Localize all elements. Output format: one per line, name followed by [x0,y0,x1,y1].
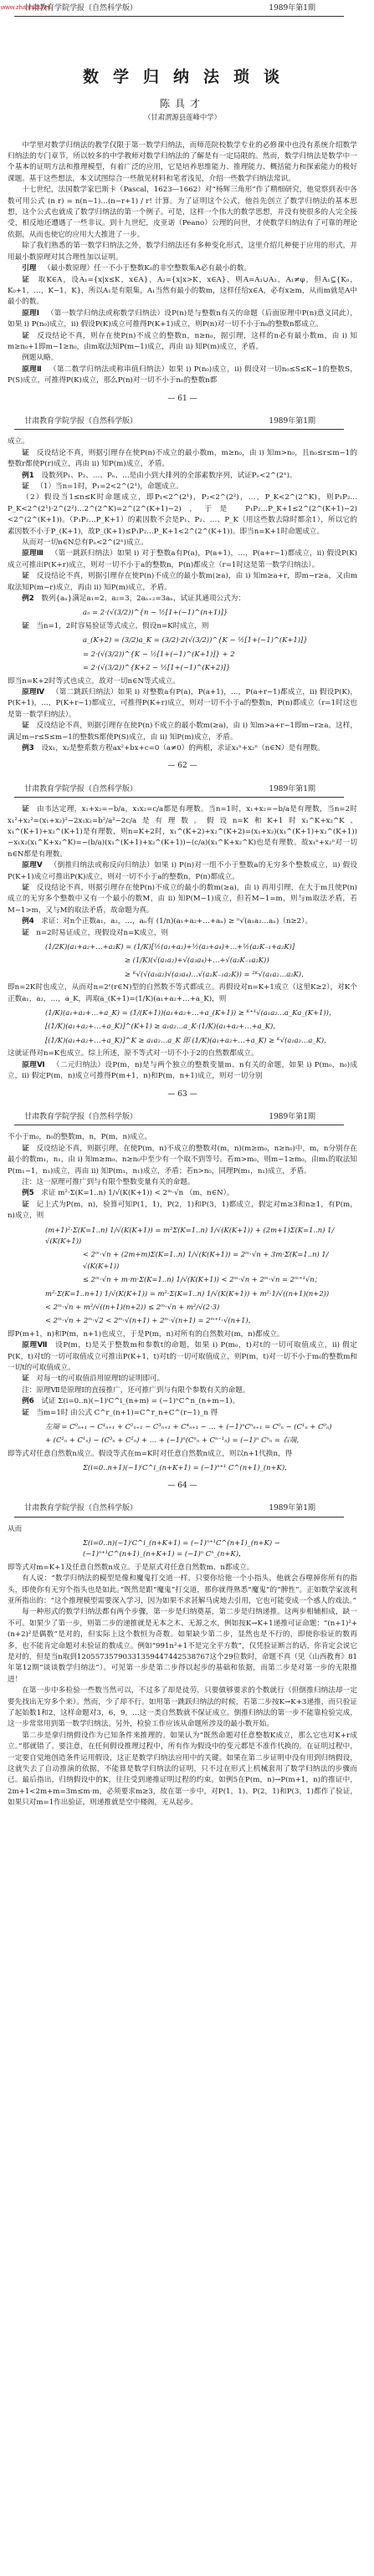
theorem-paragraph: 证 取K∈A，设A₁={x|x≤K，x∈A}，A₂={x|x>K，x∈A}，则A… [8,275,357,309]
paragraph-text: 注：原理Ⅶ是原理Ⅰ的直接推广，还可推广到与有限个参数有关的命题。 [22,1386,249,1395]
paragraph-text: 反设结论不真，则存在使P(n)不成立的整数n，n≥n₀，据引理，这样的n必有最小… [8,332,357,351]
paragraph-text: 不小于m₀，n₀的整数m，n，P(m，n)成立。 [8,1133,151,1141]
math-formula: ≤ 2ᵐ·√n + m·m·Σ(K=1..n) 1/√(K(K+1)) < 2ᵐ… [83,1274,357,1285]
paragraph-text: 对每一t的可取值沿用原理Ⅰ的证明即可。 [36,1375,164,1383]
paragraph-text: （最小数原理）任一不小于整数K₀的非空整数集A必有最小的数。 [44,264,251,273]
paragraph-label: 例6 [22,1397,34,1405]
theorem-paragraph: 例2 数列{aₙ}满足a₁=2，a₂=3，2aₙ₊₂=3aₙ，试证其通项公式为： [8,594,357,604]
paragraph-text: 从而 [8,1525,22,1533]
paragraph-label: 证 [22,482,29,491]
journal-name: 甘肃教育学院学报（自然科学版） [24,1112,137,1123]
journal-issue: 1989年第1期 [269,3,315,14]
body-paragraph: 成立。 [8,436,357,447]
theorem-paragraph: 原理Ⅴ （倒推归纳法或称反向归纳法）如果 i) P(n)对一组不小于整数a的无穷… [8,860,357,883]
paragraph-text: n=2时易证成立，现假设对n=K成立，则 [36,929,168,937]
math-formula: (1/K)(a₁+a₂+…+a_K) = (1/(K+1))(a₁+a₂+…+a… [45,1007,357,1018]
paragraph-label: 证 [22,722,29,730]
paragraph-text: 反设结论不真，则据引理存在使P(n)不成立的最小数m，m≥n₀，由 i) 知m>… [8,449,357,468]
paragraph-label: 例4 [22,917,34,926]
theorem-paragraph: 证 反设结论不真，则据引理存在使P(n)不成立的最小的数m(≥a)，由 i) 再… [8,883,357,916]
body-paragraph: 中学里对数学归纳法的教学仅限于第一数学归纳法，而师范院校数学专业的必修课中也没有… [8,140,357,186]
paragraph-text: （2）假设当1≤n≤K时命题成立，即P₁<2^(2¹)，P₂<2^(2²)，…，… [8,493,357,535]
article: www.zhanmbt.net 甘肃教育学院学报（自然科学版）1989年第1期数… [0,0,374,1814]
journal-name: 甘肃教育学院学报（自然科学版） [24,416,137,427]
journal-issue: 1989年第1期 [269,784,315,795]
paragraph-label: 原理Ⅳ [22,688,44,696]
math-formula: = 2·(√(3/2))^{K+2 − ½[1+(−1)^(K+2)]} [83,662,357,673]
paragraph-text: 设P(m，t)是关于整数m和参数t的命题，如果 i) P(m₀，t)对t的一切可… [8,1341,357,1372]
theorem-paragraph: 证 n=2时易证成立，现假设对n=K成立，则 [8,928,357,939]
body-paragraph: 即n=2K时也成立，从而对n=2ʳ(r∈N)型的自然数不等式都成立。再假设对n=… [8,982,357,1005]
paragraph-label: 原理Ⅰ [22,309,39,318]
journal-issue: 1989年第1期 [269,416,315,427]
paragraph-text: （第一数学归纳法或称数学归纳法）设P(n)是与整数n有关的命题（后面原理中P(n… [8,309,357,329]
page-number: — 64 — [8,1481,357,1492]
paragraph-label: 证 [22,572,29,580]
math-formula: (1/2K)(a₁+a₂+…+a₂K) = (1/K)[½(a₁+a₂)+½(a… [45,941,357,952]
math-formula: ≥ ᴷ√(√(a₁a₂)√(a₃a₄)…√(a₂K₋₁a₂K)) = ²ᴷ√(a… [125,969,357,980]
theorem-paragraph: 例6 试证 Σ(i=0..n)(−1)ⁱC^i_(n+m) = (−1)ⁿC^n… [8,1396,357,1407]
body-paragraph: 这就证得对n=K也成立。综上所述，原不等式对一切不小于2的自然数都成立。 [8,1048,357,1059]
body-paragraph: 例题从略。 [8,353,357,364]
paragraph-label: 原理Ⅱ [22,365,42,374]
theorem-paragraph: 证 （1）当n=1时，P₁=2<2^(2¹)，命题成立。 [8,482,357,492]
paragraph-text: 中学里对数学归纳法的教学仅限于第一数学归纳法，而师范院校数学专业的必修课中也没有… [8,141,357,183]
paragraph-label: 证 [22,805,29,814]
theorem-paragraph: 证 由韦达定理，x₁+x₂=−b/a，x₁x₂=c/a都是有理数。当n=1时，x… [8,804,357,860]
paragraph-text: 由韦达定理，x₁+x₂=−b/a，x₁x₂=c/a都是有理数。当n=1时，x₁+… [8,805,357,859]
paragraph-label: 证 [22,276,30,284]
paragraph-label: 证 [22,1145,29,1153]
theorem-paragraph: 证 记上式为P(m，n)，验算可知P(1，1)，P(2，1)和P(3，1)都成立… [8,1200,357,1222]
theorem-paragraph: 引理 （最小数原理）任一不小于整数K₀的非空整数集A必有最小的数。 [8,263,357,274]
site-watermark: www.zhanmbt.net [1,2,50,13]
paragraph-text: （倒推归纳法或称反向归纳法）如果 i) P(n)对一组不小于整数a的无穷多个整数… [8,861,357,880]
running-head: 甘肃教育学院学报（自然科学版）1989年第1期 [14,413,344,430]
math-formula: ≥ (1/K)(√(a₁a₂)+√(a₃a₄)+…+√(a₂K₋₁a₂K)) [125,955,357,966]
paragraph-label: 引理 [22,264,36,273]
paragraph-text: 从而对一切n∈N总有Pₙ<2^(2ⁿ)成立。 [22,538,148,547]
body-paragraph: 从而 [8,1524,357,1535]
theorem-paragraph: 原理Ⅵ （二元归纳法）设P(m，n)是与两个独立的整数变量m、n有关的命题，如果… [8,1060,357,1083]
body-paragraph: 即等式对任意自然数n成立。假设等式在m=K时对任意自然数n成立，则以n+1代换n… [8,1449,357,1460]
paragraph-text: 反设结论不真，则据引理存在使P(n)不成立的最小数m(≥a)，由 i) 知m>a… [8,722,357,741]
running-head: 甘肃教育学院学报（自然科学版）1989年第1期 [14,781,344,798]
paragraph-label: 例3 [22,744,34,752]
paragraph-text: （第二跳跃归纳法）如果 i) 对整数a有P(a)，P(a+1)，…，P(a+r−… [8,688,357,719]
body-paragraph: 注：原理Ⅶ是原理Ⅰ的直接推广，还可推广到与有限个参数有关的命题。 [8,1385,357,1396]
math-formula: < 2ᵐ·√n + m²/√((n+1)(n+2)) ≤ 2ᵐ·√n + m²/… [45,1302,357,1313]
paragraph-text: 第二步是拿归纳假设作为已知条件来推理的。如果认为“既然命题对任意整数K成立，那么… [8,1732,357,1807]
theorem-paragraph: 例4 求证：对n个正数a₁，a₂，…，aₙ有 (1/n)(a₁+a₂+…+aₙ)… [8,916,357,927]
math-formula: [(1/K)(a₁+a₂+…+a_K)]^K ≥ a₁a₂…a_K 即 (1/K… [45,1035,357,1046]
paragraph-label: 证 [22,884,29,892]
paragraph-text: 例题从略。 [22,354,58,362]
paragraph-label: 例5 [22,1189,34,1197]
paragraph-label: 证 [22,622,29,630]
paragraph-label: 例1 [22,472,34,480]
running-head: 甘肃教育学院学报（自然科学版）1989年第1期 [14,1109,344,1125]
theorem-paragraph: 原理Ⅰ （第一数学归纳法或称数学归纳法）设P(n)是与整数n有关的命题（后面原理… [8,309,357,331]
paragraph-text: 注：这一原理可推广到与有限个整数变量有关的命题。 [22,1178,194,1186]
paragraph-text: 设x₁，x₂是整系数方程ax²+bx+c=0（a≠0）的两根，求证x₁ⁿ+x₂ⁿ… [41,744,324,752]
body-paragraph: 即当n=K+2时等式也成立，故对一切n∈N等式成立。 [8,676,357,687]
math-formula: Σ(i=0..n)(−1)ⁱC^i_(n+K+1) = (−1)ⁿ⁺¹C^(n+… [83,1538,357,1560]
pages-root: 甘肃教育学院学报（自然科学版）1989年第1期数学归纳法琐谈陈具才（甘肃渭源县莲… [8,0,357,1809]
paragraph-text: 求证 m²·Σ(K=1..n) 1/√(K(K+1)) < 2ᵐ·√n （m，n… [41,1189,233,1197]
paragraph-label: 原理Ⅴ [22,861,43,870]
paragraph-text: （1）当n=1时，P₁=2<2^(2¹)，命题成立。 [36,482,183,491]
theorem-paragraph: 证 反设结论不真，则据引理，在使P(m，n)不成立的整数对(m，n)(m≥m₀，… [8,1144,357,1177]
body-paragraph: 第二步是拿归纳假设作为已知条件来推理的。如果认为“既然命题对任意整数K成立，那么… [8,1731,357,1809]
body-paragraph: 在第一步中多检验一些数当然可以，不过多了却是徒劳，只要做够要求的个数就行（但倒推… [8,1686,357,1731]
math-formula: a_(K+2) = (3/2)a_K = (3/2)·2(√(3/2))^{K … [83,635,357,645]
paragraph-text: （第一跳跃归纳法）如果 i) 对于整数a有P(a)，P(a+1)，…，P(a+r… [8,549,357,569]
paragraph-text: 求证：对n个正数a₁，a₂，…，aₙ有 (1/n)(a₁+a₂+…+aₙ) ≥ … [41,917,312,926]
paragraph-text: 在第一步中多检验一些数当然可以，不过多了却是徒劳，只要做够要求的个数就行（但倒推… [8,1686,357,1728]
theorem-paragraph: 原理Ⅶ 设P(m，t)是关于整数m和参数t的命题，如果 i) P(m₀，t)对t… [8,1340,357,1374]
theorem-paragraph: 证 当n=1，2时容易验证等式成立，假设n=K时成立，则 [8,621,357,632]
paragraph-text: 十七世纪，法国数学家巴斯卡（Pascal，1623—1662）对“杨辉三角形”作… [8,186,357,239]
paragraph-text: 当n=1，2时容易验证等式成立，假设n=K时成立，则 [36,622,208,630]
paragraph-text: 当m=1时 由公式 C^r_(n+1)=C^r_n+C^(r−1)_n 得 [36,1409,218,1417]
article-title: 数学归纳法琐谈 [19,72,357,83]
body-paragraph: 不小于m₀，n₀的整数m，n，P(m，n)成立。 [8,1132,357,1143]
paragraph-text: 即等式对m=K+1及任意自然数n成立。于是原式对任意自然数m、n都成立。 [8,1563,254,1572]
paragraph-label: 原理Ⅲ [22,549,44,558]
math-formula: aₙ = 2·(√(3/2))^{n − ½[1+(−1)^(n+1)]} [83,607,357,618]
running-head: 甘肃教育学院学报（自然科学版）1989年第1期 [14,1500,344,1517]
paragraph-text: 成立。 [8,437,29,446]
paragraph-label: 证 [22,1201,29,1209]
paragraph-text: 反设结论不真，则据引理存在使P(n)不成立的最小数m(≥a)，由 i) 知m≥a… [8,572,357,591]
theorem-paragraph: 例1 设数列P₁、P₂、…、Pₙ、…是由小到大排列的全部素数序列，试证Pₙ<2^… [8,471,357,482]
paragraph-label: 原理Ⅶ [22,1341,48,1349]
paragraph-text: 即P(m+1，n)和P(m，n+1)也成立，于是P(m，n)对所有的自然数对(m… [8,1330,284,1339]
theorem-paragraph: 原理Ⅳ （第二跳跃归纳法）如果 i) 对整数a有P(a)，P(a+1)，…，P(… [8,687,357,721]
paragraph-text: 试证 Σ(i=0..n)(−1)ⁱC^i_(n+m) = (−1)ⁿC^n_(n… [41,1397,239,1405]
paragraph-label: 原理Ⅵ [22,1061,45,1069]
math-formula: < 2ᵐ·√n + (2m+m)Σ(K=1..n) 1/√(K(K+1)) = … [83,1249,357,1272]
paragraph-text: （第二数学归纳法或称串值归纳法）如果 i) P(n₀)成立，ii) 假设对一切n… [8,365,357,385]
paragraph-text: 设数列P₁、P₂、…、Pₙ、…是由小到大排列的全部素数序列，试证Pₙ<2^(2ⁿ… [41,472,296,480]
page-number: — 63 — [8,1089,357,1100]
paragraph-text: 记上式为P(m，n)，验算可知P(1，1)，P(2，1)和P(3，1)都成立，假… [8,1201,357,1220]
body-paragraph: 每一种形式的数学归纳法都有两个步骤，第一步是归纳奠基，第二步是归纳递推。这两步相… [8,1607,357,1686]
paragraph-label: 证 [22,929,29,937]
paragraph-label: 证 [22,1409,29,1417]
paragraph-text: 有人说：“数学归纳法的模型是像和魔鬼打交道一样，只要你给他一个小指头，他就会吞噬… [8,1574,357,1605]
journal-name: 甘肃教育学院学报（自然科学版） [24,784,137,795]
math-formula: Σ(i=0..n+1)(−1)ⁱC^i_(n+K+1) = (−1)ⁿ⁺¹ C^… [83,1462,357,1473]
journal-issue: 1989年第1期 [269,1112,315,1123]
body-paragraph: 注：这一原理可推广到与有限个整数变量有关的命题。 [8,1177,357,1188]
paragraph-label: 证 [22,449,29,457]
theorem-paragraph: 证 对每一t的可取值沿用原理Ⅰ的证明即可。 [8,1374,357,1385]
paragraph-label: 例2 [22,594,34,603]
theorem-paragraph: 证 当m=1时 由公式 C^r_(n+1)=C^r_n+C^(r−1)_n 得 [8,1408,357,1419]
paragraph-text: 除了我们熟悉的第一数学归纳法之外，数学归纳法还有多种变化形式，这里介绍几种便于应… [8,242,357,261]
paragraph-text: 每一种形式的数学归纳法都有两个步骤，第一步是归纳奠基，第二步是归纳递推。这两步相… [8,1608,357,1683]
body-paragraph: 有人说：“数学归纳法的模型是像和魔鬼打交道一样，只要你给他一个小指头，他就会吞噬… [8,1574,357,1607]
theorem-paragraph: 原理Ⅱ （第二数学归纳法或称串值归纳法）如果 i) P(n₀)成立，ii) 假设… [8,365,357,387]
paragraph-text: 反设结论不真，则据引理，在使P(m，n)不成立的整数对(m，n)(m≥m₀，n≥… [8,1145,357,1176]
math-formula: m²·Σ(K=1..n+1) 1/√(K(K+1)) = m²·Σ(K=1..n… [45,1288,357,1299]
body-paragraph: （2）假设当1≤n≤K时命题成立，即P₁<2^(2¹)，P₂<2^(2²)，…，… [8,492,357,538]
math-formula: + (C²ₙ + C¹ₙ) − (C³ₙ + C²ₙ) + … + (−1)ⁿ(… [45,1435,357,1446]
math-formula: [(1/K)(a₁+a₂+…+a_K)]^(K+1) ≥ a₁a₂…a_K·(1… [45,1021,357,1032]
paragraph-text: 反设结论不真，则据引理存在使P(n)不成立的最小的数m(≥a)，由 i) 再用引… [8,884,357,915]
journal-issue: 1989年第1期 [269,1503,315,1514]
body-paragraph: 除了我们熟悉的第一数学归纳法之外，数学归纳法还有多种变化形式，这里介绍几种便于应… [8,241,357,263]
author-name: 陈具才 [8,99,357,110]
paragraph-text: 即等式对任意自然数n成立。假设等式在m=K时对任意自然数n成立，则以n+1代换n… [8,1450,292,1458]
body-paragraph: 十七世纪，法国数学家巴斯卡（Pascal，1623—1662）对“杨辉三角形”作… [8,185,357,241]
page-number: — 62 — [8,761,357,772]
paragraph-label: 证 [22,1375,29,1383]
theorem-paragraph: 例5 求证 m²·Σ(K=1..n) 1/√(K(K+1)) < 2ᵐ·√n （… [8,1188,357,1199]
theorem-paragraph: 原理Ⅲ （第一跳跃归纳法）如果 i) 对于整数a有P(a)，P(a+1)，…，P… [8,548,357,571]
math-formula: < 2ᵐ·√n + 2ᵐ·√2 < 2ᵐ·√(n+1) + 2ᵐ·√(n+1) … [45,1315,357,1326]
theorem-paragraph: 例3 设x₁，x₂是整系数方程ax²+bx+c=0（a≠0）的两根，求证x₁ⁿ+… [8,743,357,754]
body-paragraph: 即P(m+1，n)和P(m，n+1)也成立，于是P(m，n)对所有的自然数对(m… [8,1329,357,1340]
paragraph-text: 即n=2K时也成立，从而对n=2ʳ(r∈N)型的自然数不等式都成立。再假设对n=… [8,983,357,1002]
theorem-paragraph: 证 反设结论不真，则据引理存在使P(n)不成立的最小数m，m≥n₀，由 i) 知… [8,448,357,471]
math-formula: = 2·(√(3/2))^{K − ½[1+(−1)^(K+1)]} + 2 [83,649,357,660]
theorem-paragraph: 证 反设结论不真，则存在使P(n)不成立的整数n，n≥n₀，据引理，这样的n必有… [8,331,357,354]
journal-name: 甘肃教育学院学报（自然科学版） [24,1503,137,1514]
theorem-paragraph: 证 反设结论不真，则据引理存在使P(n)不成立的最小数m(≥a)，由 i) 知m… [8,571,357,594]
page-number: — 61 — [8,394,357,405]
paragraph-text: 数列{aₙ}满足a₁=2，a₂=3，2aₙ₊₂=3aₙ，试证其通项公式为： [41,594,245,603]
paragraph-text: 这就证得对n=K也成立。综上所述，原不等式对一切不小于2的自然数都成立。 [8,1049,259,1058]
theorem-paragraph: 证 反设结论不真，则据引理存在使P(n)不成立的最小数m(≥a)，由 i) 知m… [8,721,357,743]
body-paragraph: 从而对一切n∈N总有Pₙ<2^(2ⁿ)成立。 [8,538,357,548]
body-paragraph: 即等式对m=K+1及任意自然数n成立。于是原式对任意自然数m、n都成立。 [8,1563,357,1574]
paragraph-text: 取K∈A，设A₁={x|x≤K，x∈A}，A₂={x|x>K，x∈A}，则A=A… [8,276,357,307]
math-formula: 左端 = C⁰ₙ₊₁ − C¹ₙ₊₁ + C²ₙ₊₁ − C³ₙ₊₁ + C⁴ₙ… [45,1421,357,1432]
paragraph-text: （二元归纳法）设P(m，n)是与两个独立的整数变量m、n有关的命题，如果 i) … [8,1061,357,1080]
paragraph-text: 即当n=K+2时等式也成立，故对一切n∈N等式成立。 [8,677,180,686]
paragraph-label: 证 [22,332,29,340]
author-affiliation: （甘肃渭源县莲峰中学） [8,112,357,123]
math-formula: (m+1)²·Σ(K=1..n) 1/√(K(K+1)) = m²Σ(K=1..… [45,1225,357,1247]
running-head: 甘肃教育学院学报（自然科学版）1989年第1期 [14,0,344,17]
